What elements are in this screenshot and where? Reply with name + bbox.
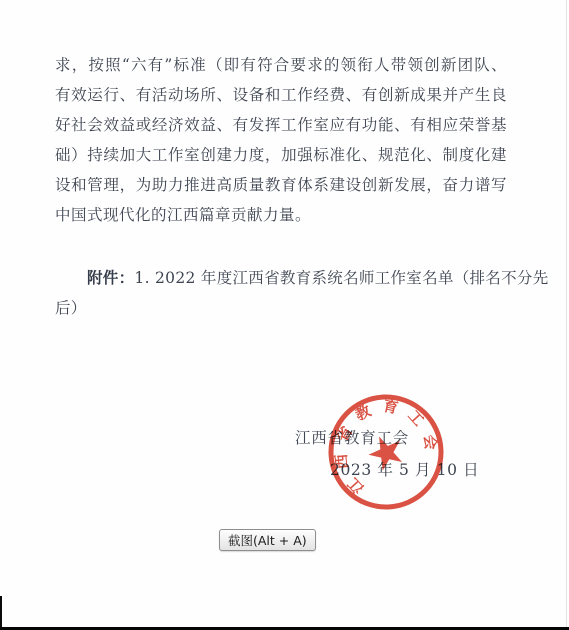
body-line: 础）持续加大工作室创建力度，加强标准化、规范化、制度化建 bbox=[55, 140, 507, 170]
body-line: 中国式现代化的江西篇章贡献力量。 bbox=[55, 200, 507, 230]
attachment-label: 附件： bbox=[87, 268, 134, 287]
scan-edge-right bbox=[566, 0, 567, 630]
signature-date: 2023 年 5 月 10 日 bbox=[330, 456, 479, 484]
body-line: 有效运行、有活动场所、设备和工作经费、有创新成果并产生良 bbox=[55, 80, 507, 110]
attachment-continuation: 后） bbox=[55, 293, 525, 323]
document-page: 求，按照“六有”标准（即有符合要求的领衔人带领创新团队、 有效运行、有活动场所、… bbox=[0, 0, 569, 630]
body-line: 设和管理，为助力推进高质量教育体系建设创新发展，奋力谱写 bbox=[55, 170, 507, 200]
attachment-block: 附件：1. 2022 年度江西省教育系统名师工作室名单（排名不分先 后） bbox=[55, 263, 525, 323]
body-line: 求，按照“六有”标准（即有符合要求的领衔人带领创新团队、 bbox=[55, 50, 507, 80]
signature-organization: 江西省教育工会 bbox=[295, 424, 409, 452]
body-line: 好社会效益或经济效益、有发挥工作室应有功能、有相应荣誉基 bbox=[55, 110, 507, 140]
seal-ring bbox=[321, 387, 451, 517]
scan-edge-left bbox=[0, 596, 2, 630]
official-seal: 江西省教育工会 bbox=[321, 387, 451, 517]
attachment-text: 1. 2022 年度江西省教育系统名师工作室名单（排名不分先 bbox=[134, 269, 548, 287]
body-paragraph: 求，按照“六有”标准（即有符合要求的领衔人带领创新团队、 有效运行、有活动场所、… bbox=[55, 50, 507, 230]
screenshot-button[interactable]: 截图(Alt + A) bbox=[219, 529, 316, 551]
attachment-line: 附件：1. 2022 年度江西省教育系统名师工作室名单（排名不分先 bbox=[55, 263, 525, 293]
